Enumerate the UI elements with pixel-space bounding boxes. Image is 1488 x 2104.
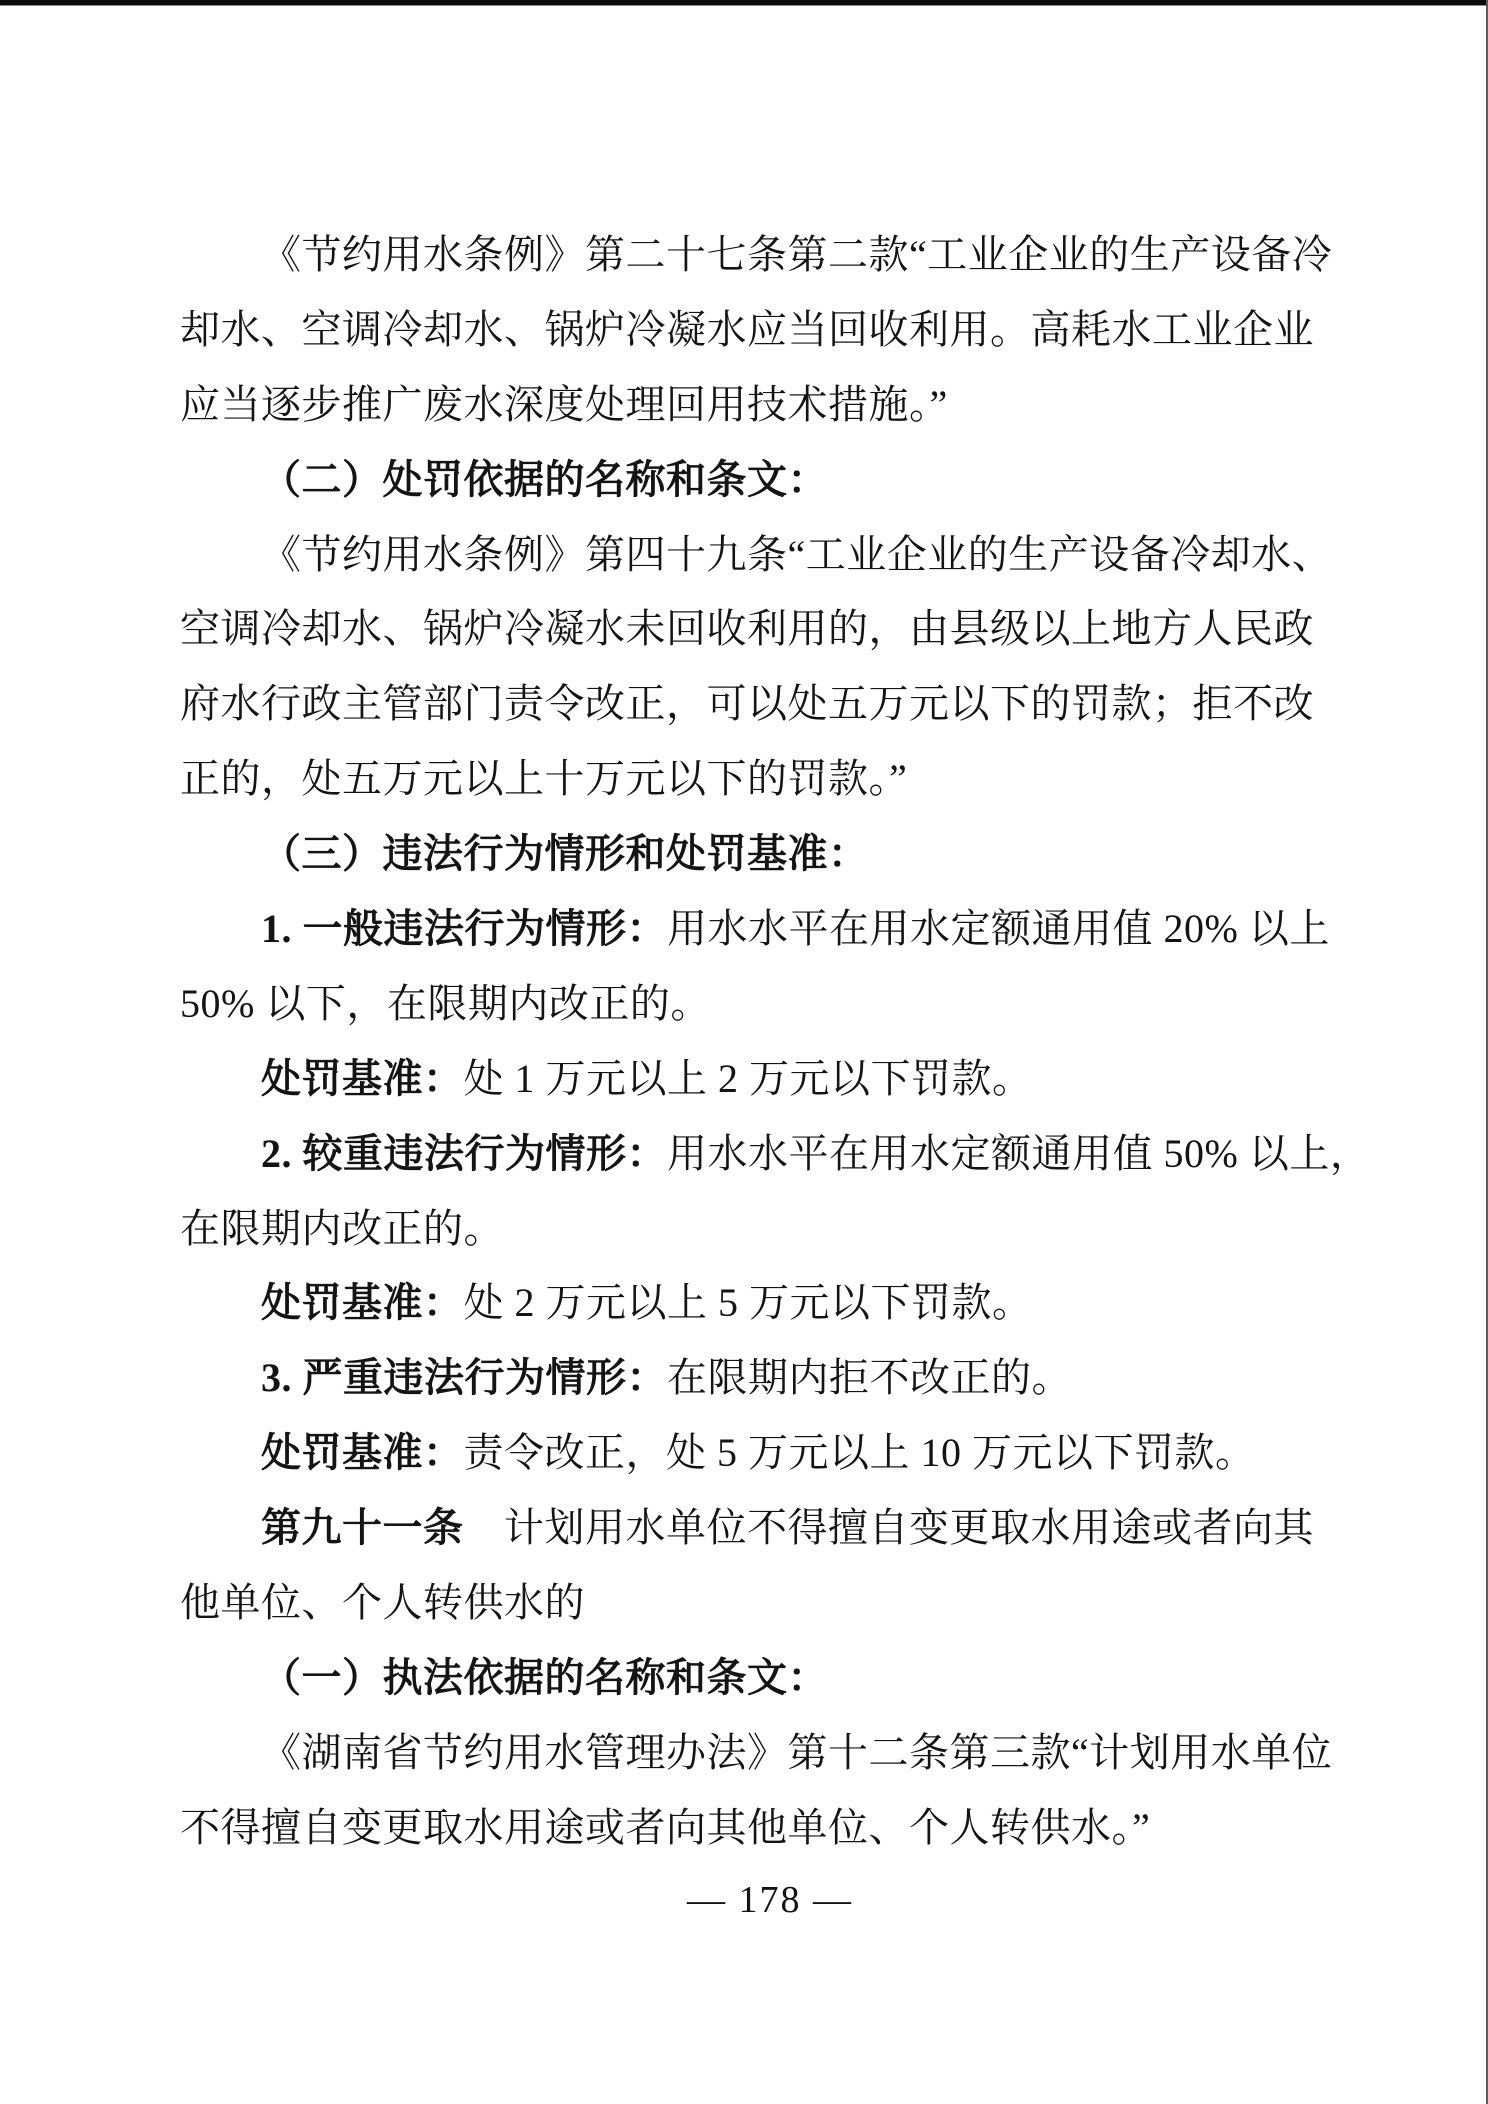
body-text: 《节约用水条例》第二十七条第二款“工业企业的生产设备冷	[261, 232, 1332, 277]
body-text: 在限期内改正的。	[180, 1206, 504, 1251]
para-article49-line3: 府水行政主管部门责令改正，可以处五万元以下的罚款；拒不改	[180, 667, 1360, 742]
para-article49-line4: 正的，处五万元以上十万元以下的罚款。”	[180, 742, 1360, 817]
item-3-line1: 3. 严重违法行为情形：在限期内拒不改正的。	[180, 1341, 1360, 1416]
body-text: 责令改正，处 5 万元以上 10 万元以下罚款。	[464, 1430, 1256, 1475]
penalty-2: 处罚基准：处 2 万元以上 5 万元以下罚款。	[180, 1266, 1360, 1341]
emphasis-text: （三）违法行为情形和处罚基准：	[261, 831, 869, 876]
body-text: 《湖南省节约用水管理办法》第十二条第三款“计划用水单位	[261, 1730, 1332, 1775]
para-hunan-line2: 不得擅自变更取水用途或者向其他单位、个人转供水。”	[180, 1791, 1360, 1866]
document-body: 《节约用水条例》第二十七条第二款“工业企业的生产设备冷却水、空调冷却水、锅炉冷凝…	[180, 218, 1360, 1866]
body-text: 不得擅自变更取水用途或者向其他单位、个人转供水。”	[180, 1805, 1150, 1850]
item-2-line2: 在限期内改正的。	[180, 1192, 1360, 1267]
item-1-line1: 1. 一般违法行为情形：用水水平在用水定额通用值 20% 以上	[180, 892, 1360, 967]
heading-section-1: （一）执法依据的名称和条文：	[180, 1641, 1360, 1716]
para-article49-line1: 《节约用水条例》第四十九条“工业企业的生产设备冷却水、	[180, 518, 1360, 593]
body-text: 却水、空调冷却水、锅炉冷凝水应当回收利用。高耗水工业企业	[180, 307, 1314, 352]
body-text: 用水水平在用水定额通用值 20% 以上	[667, 906, 1330, 951]
emphasis-text: 处罚基准：	[261, 1280, 464, 1325]
para-article27-line3: 应当逐步推广废水深度处理回用技术措施。”	[180, 368, 1360, 443]
top-border	[0, 0, 1488, 6]
body-text: 用水水平在用水定额通用值 50% 以上，	[667, 1131, 1370, 1176]
emphasis-text: 1. 一般违法行为情形：	[261, 906, 667, 951]
para-article27-line2: 却水、空调冷却水、锅炉冷凝水应当回收利用。高耗水工业企业	[180, 293, 1360, 368]
body-text: 在限期内拒不改正的。	[667, 1355, 1072, 1400]
body-text: 50% 以下，在限期内改正的。	[180, 981, 711, 1026]
body-text: 他单位、个人转供水的	[180, 1580, 585, 1625]
heading-section-3: （三）违法行为情形和处罚基准：	[180, 817, 1360, 892]
page-footer: — 178 —	[180, 1876, 1360, 1924]
emphasis-text: 2. 较重违法行为情形：	[261, 1131, 667, 1176]
heading-section-2: （二）处罚依据的名称和条文：	[180, 443, 1360, 518]
emphasis-text: 第九十一条	[261, 1505, 464, 1550]
article-91-line1: 第九十一条 计划用水单位不得擅自变更取水用途或者向其	[180, 1491, 1360, 1566]
body-text: 府水行政主管部门责令改正，可以处五万元以下的罚款；拒不改	[180, 681, 1314, 726]
body-text: 正的，处五万元以上十万元以下的罚款。”	[180, 756, 907, 801]
penalty-3: 处罚基准：责令改正，处 5 万元以上 10 万元以下罚款。	[180, 1416, 1360, 1491]
body-text: 处 1 万元以上 2 万元以下罚款。	[464, 1056, 1033, 1101]
document-page: 《节约用水条例》第二十七条第二款“工业企业的生产设备冷却水、空调冷却水、锅炉冷凝…	[0, 0, 1488, 2104]
page-number: — 178 —	[687, 1879, 853, 1921]
emphasis-text: 处罚基准：	[261, 1430, 464, 1475]
para-hunan-line1: 《湖南省节约用水管理办法》第十二条第三款“计划用水单位	[180, 1716, 1360, 1791]
body-text: 空调冷却水、锅炉冷凝水未回收利用的，由县级以上地方人民政	[180, 606, 1314, 651]
article-91-line2: 他单位、个人转供水的	[180, 1566, 1360, 1641]
body-text: 计划用水单位不得擅自变更取水用途或者向其	[464, 1505, 1315, 1550]
item-1-line2: 50% 以下，在限期内改正的。	[180, 967, 1360, 1042]
penalty-1: 处罚基准：处 1 万元以上 2 万元以下罚款。	[180, 1042, 1360, 1117]
para-article27-line1: 《节约用水条例》第二十七条第二款“工业企业的生产设备冷	[180, 218, 1360, 293]
para-article49-line2: 空调冷却水、锅炉冷凝水未回收利用的，由县级以上地方人民政	[180, 592, 1360, 667]
emphasis-text: （二）处罚依据的名称和条文：	[261, 457, 828, 502]
item-2-line1: 2. 较重违法行为情形：用水水平在用水定额通用值 50% 以上，	[180, 1117, 1360, 1192]
emphasis-text: 处罚基准：	[261, 1056, 464, 1101]
body-text: 应当逐步推广废水深度处理回用技术措施。”	[180, 382, 948, 427]
emphasis-text: （一）执法依据的名称和条文：	[261, 1655, 828, 1700]
body-text: 处 2 万元以上 5 万元以下罚款。	[464, 1280, 1033, 1325]
emphasis-text: 3. 严重违法行为情形：	[261, 1355, 667, 1400]
body-text: 《节约用水条例》第四十九条“工业企业的生产设备冷却水、	[261, 532, 1332, 577]
